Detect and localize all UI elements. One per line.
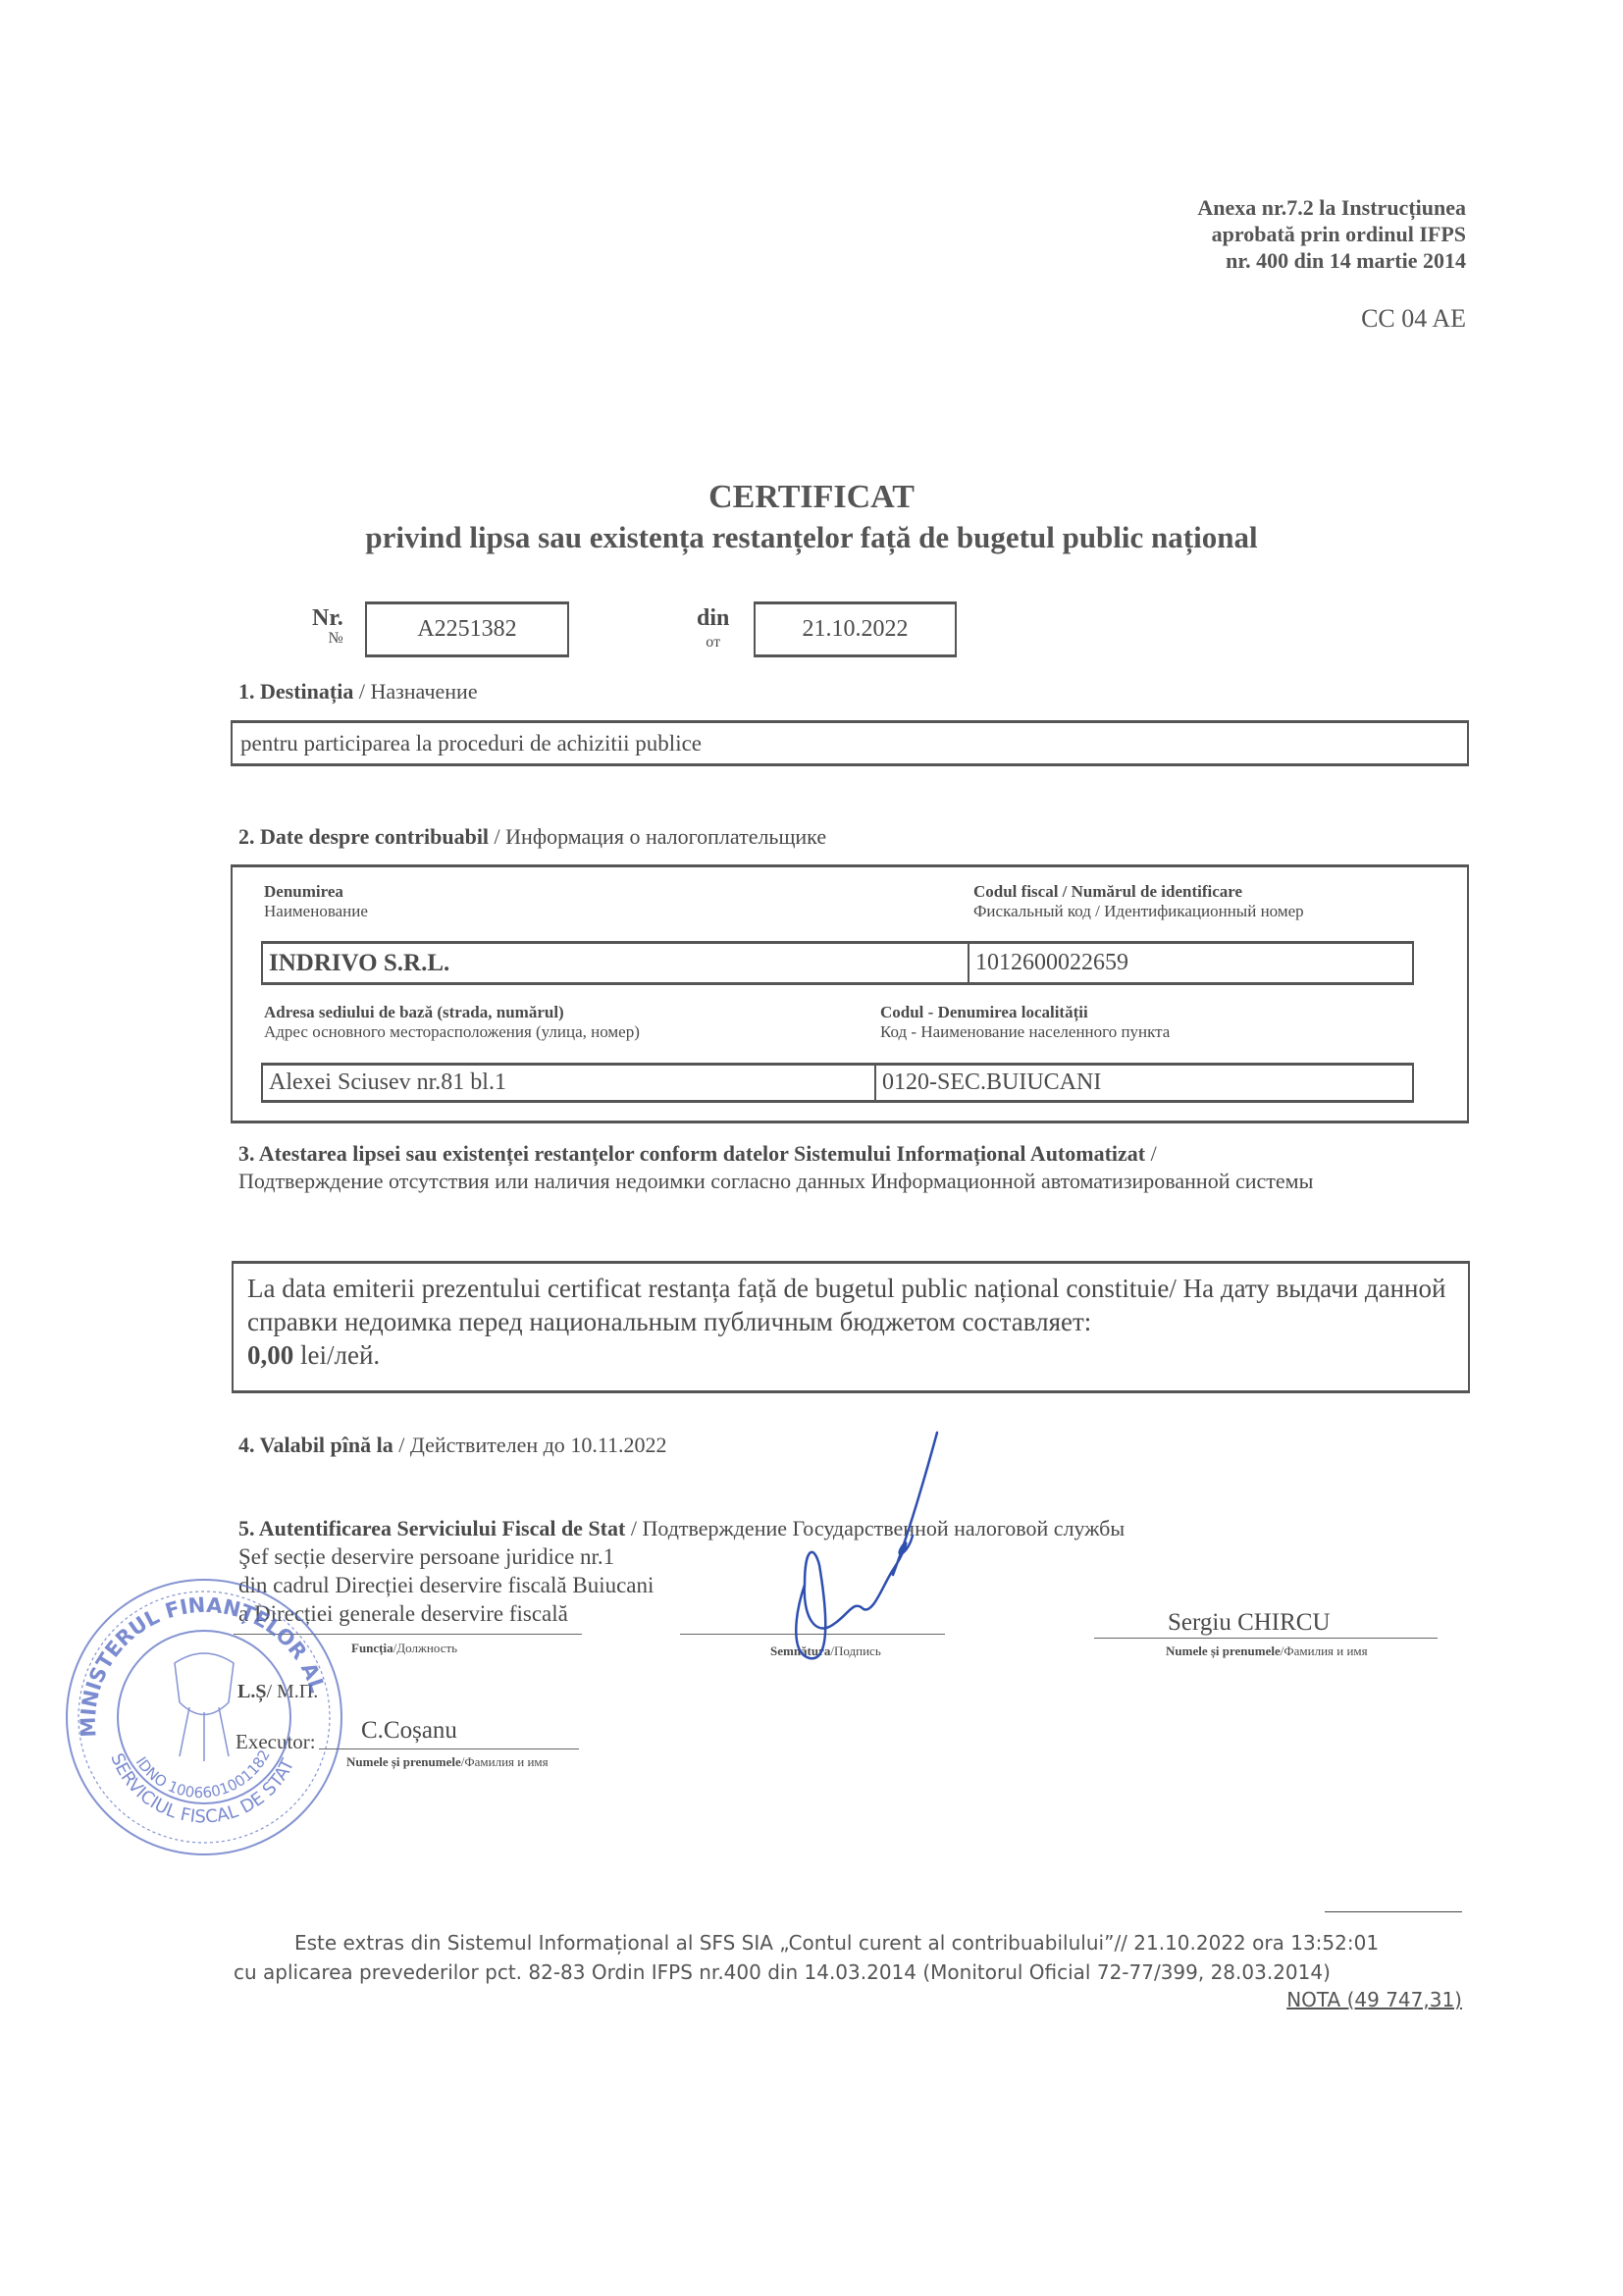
section2-title-ru: / Информация о налогоплательщике bbox=[489, 824, 826, 849]
section3-heading: 3. Atestarea lipsei sau existenței resta… bbox=[238, 1140, 1475, 1195]
official-stamp-icon: MINISTERUL FINANȚELOR AL REPUBLICII MOLD… bbox=[57, 1570, 351, 1864]
section1-title-ru: / Назначение bbox=[353, 679, 477, 704]
position-caption: Funcția/Должность bbox=[351, 1641, 457, 1656]
address-value: Alexei Sciusev nr.81 bl.1 bbox=[263, 1066, 876, 1100]
destination-field: pentru participarea la proceduri de achi… bbox=[231, 720, 1469, 766]
number-label: Nr. № bbox=[312, 605, 343, 648]
annex-line: Anexa nr.7.2 la Instrucțiunea bbox=[1197, 194, 1466, 221]
signer-caption: Numele și prenumele/Фамилия и имя bbox=[1166, 1644, 1368, 1659]
handwritten-signature-icon bbox=[775, 1428, 952, 1673]
address-label: Adresa sediului de bază (strada, numărul… bbox=[264, 1003, 640, 1042]
signer-line-rule bbox=[1094, 1638, 1438, 1639]
fiscal-code-label-ru: Фискальный код / Идентификационный номер bbox=[973, 902, 1304, 921]
fiscal-code: 1012600022659 bbox=[969, 944, 1412, 982]
footer-nota: NOTA (49 747,31) bbox=[1286, 1988, 1462, 2011]
certificate-number-field: A2251382 bbox=[365, 601, 569, 657]
date-label-ro: din bbox=[697, 605, 729, 632]
position-caption-ru: Должность bbox=[396, 1641, 457, 1655]
section5-heading: 5. Autentificarea Serviciului Fiscal de … bbox=[238, 1516, 1125, 1541]
section2-title-ro: 2. Date despre contribuabil bbox=[238, 824, 489, 849]
executor-caption-ro: Numele și prenumele bbox=[346, 1754, 461, 1769]
address-label-ro: Adresa sediului de bază (strada, numărul… bbox=[264, 1003, 640, 1022]
arrears-statement-box: La data emiterii prezentului certificat … bbox=[232, 1261, 1470, 1393]
section4-title-ru: / Действителен до bbox=[393, 1433, 571, 1457]
address-label-ru: Адрес основного месторасположения (улица… bbox=[264, 1022, 640, 1042]
signer-caption-ro: Numele și prenumele bbox=[1166, 1644, 1281, 1658]
date-label: din от bbox=[697, 605, 729, 652]
arrears-amount: 0,00 bbox=[247, 1340, 293, 1370]
section4-heading: 4. Valabil pînă la / Действителен до 10.… bbox=[238, 1433, 667, 1458]
locality-label-ro: Codul - Denumirea localității bbox=[880, 1003, 1170, 1022]
number-label-ro: Nr. bbox=[312, 605, 343, 632]
footer-line-2: cu aplicarea prevederilor pct. 82-83 Ord… bbox=[234, 1960, 1331, 1984]
locality-value: 0120-SEC.BUIUCANI bbox=[876, 1066, 1412, 1100]
form-code: CC 04 AE bbox=[1361, 304, 1466, 334]
annex-reference: Anexa nr.7.2 la Instrucțiunea aprobată p… bbox=[1197, 194, 1466, 274]
section1-heading: 1. Destinația / Назначение bbox=[238, 679, 478, 704]
taxpayer-info-box: Denumirea Наименование Codul fiscal / Nu… bbox=[231, 864, 1469, 1123]
document-title: CERTIFICAT bbox=[0, 479, 1623, 516]
name-label-ro: Denumirea bbox=[264, 882, 368, 902]
section4-title-ro: 4. Valabil pînă la bbox=[238, 1433, 393, 1457]
annex-line: aprobată prin ordinul IFPS bbox=[1197, 221, 1466, 247]
footer-rule bbox=[1325, 1911, 1462, 1912]
section2-heading: 2. Date despre contribuabil / Информация… bbox=[238, 824, 826, 850]
section3-title-ro: 3. Atestarea lipsei sau existenței resta… bbox=[238, 1141, 1145, 1166]
name-label-ru: Наименование bbox=[264, 902, 368, 921]
section1-title-ro: 1. Destinația bbox=[238, 679, 353, 704]
arrears-currency: lei/лей. bbox=[293, 1340, 380, 1370]
locality-label-ru: Код - Наименование населенного пункта bbox=[880, 1022, 1170, 1042]
executor-name: C.Coșanu bbox=[361, 1717, 457, 1745]
locality-label: Codul - Denumirea localității Код - Наим… bbox=[880, 1003, 1170, 1042]
date-label-ru: от bbox=[697, 634, 729, 652]
signer-name: Sergiu CHIRCU bbox=[1168, 1609, 1331, 1637]
name-label: Denumirea Наименование bbox=[264, 882, 368, 921]
position-line: Şef secție deservire persoane juridice n… bbox=[238, 1542, 654, 1571]
executor-caption-ru: Фамилия и имя bbox=[464, 1754, 548, 1769]
annex-line: nr. 400 din 14 martie 2014 bbox=[1197, 247, 1466, 274]
position-caption-ro: Funcția bbox=[351, 1641, 393, 1655]
fiscal-code-label: Codul fiscal / Numărul de identificare Ф… bbox=[973, 882, 1304, 921]
signer-caption-ru: Фамилия и имя bbox=[1283, 1644, 1367, 1658]
section3-title-sep: / bbox=[1145, 1141, 1157, 1166]
arrears-statement: La data emiterii prezentului certificat … bbox=[247, 1274, 1445, 1336]
number-label-ru: № bbox=[312, 630, 343, 648]
certificate-date-field: 21.10.2022 bbox=[754, 601, 957, 657]
valid-until-date: 10.11.2022 bbox=[570, 1433, 666, 1457]
address-locality-row: Alexei Sciusev nr.81 bl.1 0120-SEC.BUIUC… bbox=[261, 1063, 1414, 1103]
section3-title-ru: Подтверждение отсутствия или наличия нед… bbox=[238, 1169, 1313, 1193]
executor-line-rule bbox=[319, 1748, 579, 1749]
section5-title-ro: 5. Autentificarea Serviciului Fiscal de … bbox=[238, 1516, 625, 1540]
footer-line-1: Este extras din Sistemul Informațional a… bbox=[294, 1931, 1379, 1955]
executor-caption: Numele și prenumele/Фамилия и имя bbox=[346, 1754, 549, 1770]
name-fiscal-row: INDRIVO S.R.L. 1012600022659 bbox=[261, 941, 1414, 985]
fiscal-code-label-ro: Codul fiscal / Numărul de identificare bbox=[973, 882, 1304, 902]
document-subtitle: privind lipsa sau existența restanțelor … bbox=[0, 520, 1623, 555]
company-name: INDRIVO S.R.L. bbox=[263, 944, 969, 982]
